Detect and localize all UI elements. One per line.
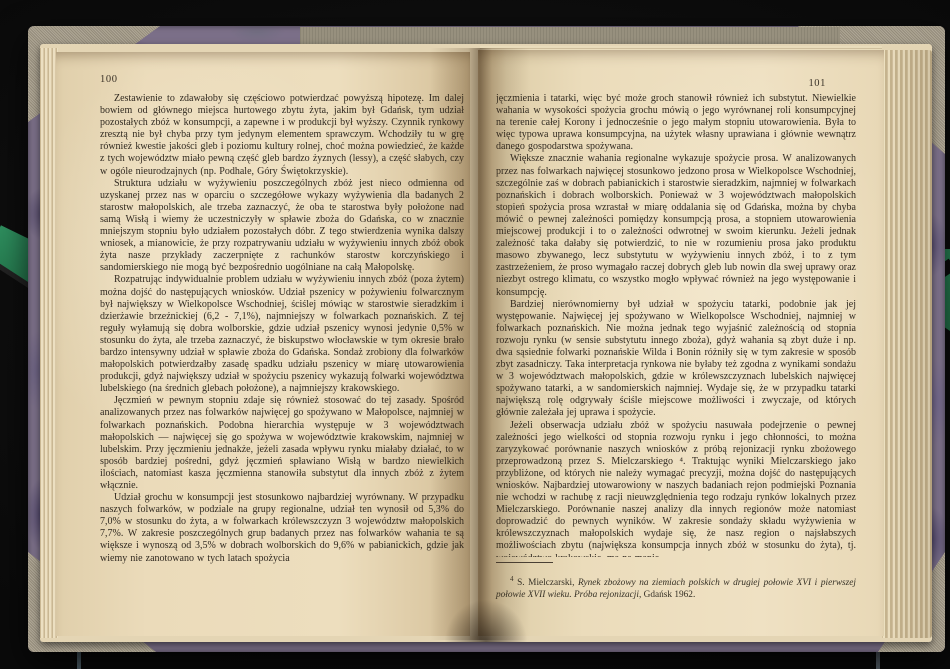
page-number-left: 100 (100, 74, 118, 85)
footnote-rule (496, 562, 553, 563)
paragraph: Jęczmień w pewnym stopniu zdaje się równ… (100, 395, 464, 492)
page-number-right: 101 (770, 78, 826, 89)
footnote-tail: , Gdańsk 1962. (639, 590, 695, 600)
paragraph: Struktura udziału w wyżywieniu poszczegó… (100, 178, 464, 275)
photo-background: 100 101 Zestawienie to zdawałoby się czę… (0, 0, 950, 669)
text-column-left: Zestawienie to zdawałoby się częściowo p… (100, 93, 464, 625)
paragraph: Jeżeli obserwacja udziału zbóż w spożyci… (496, 420, 856, 557)
paragraph: jęczmienia i tatarki, więc być może groc… (496, 93, 856, 153)
footnote-author: S. Mielczarski, (514, 578, 579, 588)
paragraph: Rozpatrując indywidualnie problem udział… (100, 274, 464, 395)
paragraph: Bardziej nierównomierny był udział w spo… (496, 299, 856, 420)
footnote: 4 S. Mielczarski, Rynek zbożowy na ziemi… (496, 578, 856, 601)
paragraph: Zestawienie to zdawałoby się częściowo p… (100, 93, 464, 178)
text-column-right: jęczmienia i tatarki, więc być może groc… (496, 93, 856, 557)
paragraph: Większe znacznie wahania regionalne wyka… (496, 153, 856, 298)
paragraph: Udział grochu w konsumpcji jest stosunko… (100, 492, 464, 565)
